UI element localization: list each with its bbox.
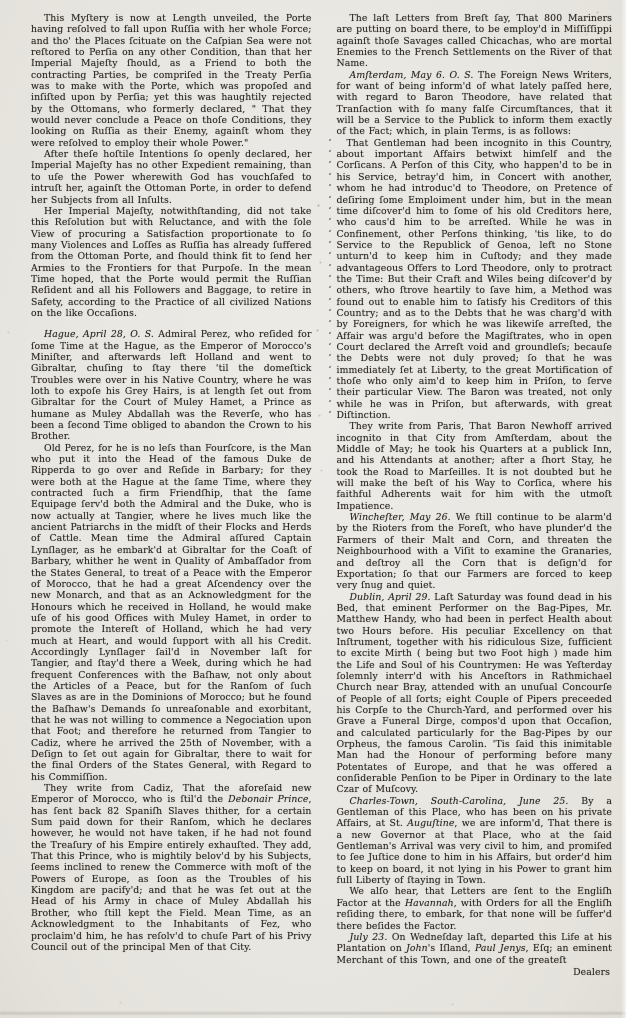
italic-text: Debonair Prince xyxy=(228,794,308,805)
paragraph: Dublin, April 29. Laſt Saturday was foun… xyxy=(337,592,613,796)
quote-marks-gutter: ‘ ‘ ‘ ‘ ‘ ‘ ‘ ‘ ‘ ‘ ‘ ‘ ‘ ‘ ‘ ‘ ‘ ‘ ‘ ‘ … xyxy=(329,138,332,422)
newspaper-page: This Myſtery is now at Length unveiled, … xyxy=(0,0,626,1018)
body-text: They write from Paris, That Baron Newhof… xyxy=(337,421,613,511)
italic-text: Auguſtine xyxy=(407,818,454,829)
left-column: This Myſtery is now at Length unveiled, … xyxy=(31,13,312,1018)
quoted-paragraph: That Gentleman had been incognito in thi… xyxy=(337,138,613,422)
paragraph: Old Perez, for he is no leſs than Fourſc… xyxy=(31,443,312,783)
italic-text: Havannah xyxy=(405,898,454,909)
body-text: We ſtill continue to be alarm'd by the R… xyxy=(337,512,613,591)
paragraph: The laſt Letters from Breſt ſay, That 80… xyxy=(337,13,613,70)
paragraph: We alſo hear, that Letters are ſent to t… xyxy=(337,886,613,931)
paragraph: They write from Cadiz, That the aforeſai… xyxy=(31,783,312,953)
paragraph: This Myſtery is now at Length unveiled, … xyxy=(31,13,312,149)
body-text: The laſt Letters from Breſt ſay, That 80… xyxy=(337,13,613,69)
body-text: That Gentleman had been incognito in thi… xyxy=(337,138,613,421)
italic-text: Wincheſter, May 26. xyxy=(350,512,451,523)
italic-text: Charles-Town, South-Carolina, June 25. xyxy=(350,796,569,807)
body-text: Her Imperial Majeſty, notwithſtanding, d… xyxy=(31,206,312,319)
paragraph: Charles-Town, South-Carolina, June 25. B… xyxy=(337,796,613,887)
paragraph: They write from Paris, That Baron Newhof… xyxy=(337,421,613,512)
body-text: Admiral Perez, who reſided for ſome Time… xyxy=(31,329,312,442)
paragraph: July 23. On Wedneſday laſt, departed thi… xyxy=(337,932,613,966)
body-text: This Myſtery is now at Length unveiled, … xyxy=(31,13,312,149)
body-text: Laſt Saturday was found dead in his Bed,… xyxy=(337,592,613,796)
paragraph: Wincheſter, May 26. We ſtill continue to… xyxy=(337,512,613,591)
italic-text: Paul Jenys xyxy=(475,943,526,954)
paragraph: Hague, April 28, O. S. Admiral Perez, wh… xyxy=(31,329,312,442)
body-text: After theſe hoſtile Intentions ſo openly… xyxy=(31,149,312,205)
page-bottom-edge xyxy=(0,1011,626,1015)
italic-text: John xyxy=(406,943,428,954)
italic-text: Amſterdam, May 6. O. S. xyxy=(350,70,474,81)
catchword: Dealers xyxy=(337,967,613,978)
scan-specks xyxy=(0,0,1,1)
paragraph: Her Imperial Majeſty, notwithſtanding, d… xyxy=(31,206,312,319)
italic-text: July 23. xyxy=(350,932,388,943)
italic-text: Dublin, April 29. xyxy=(350,592,431,603)
page-right-edge xyxy=(621,0,626,1018)
right-column: The laſt Letters from Breſt ſay, That 80… xyxy=(337,13,613,1018)
body-text: Old Perez, for he is no leſs than Fourſc… xyxy=(31,443,312,783)
italic-text: Hague, April 28, O. S. xyxy=(44,329,154,340)
body-text: 's Iſland, xyxy=(428,943,475,954)
body-text: , has ſent back 82 Spaniſh Slaves thithe… xyxy=(31,794,312,952)
paragraph: After theſe hoſtile Intentions ſo openly… xyxy=(31,149,312,206)
paragraph: Amſterdam, May 6. O. S. The Foreign News… xyxy=(337,70,613,138)
